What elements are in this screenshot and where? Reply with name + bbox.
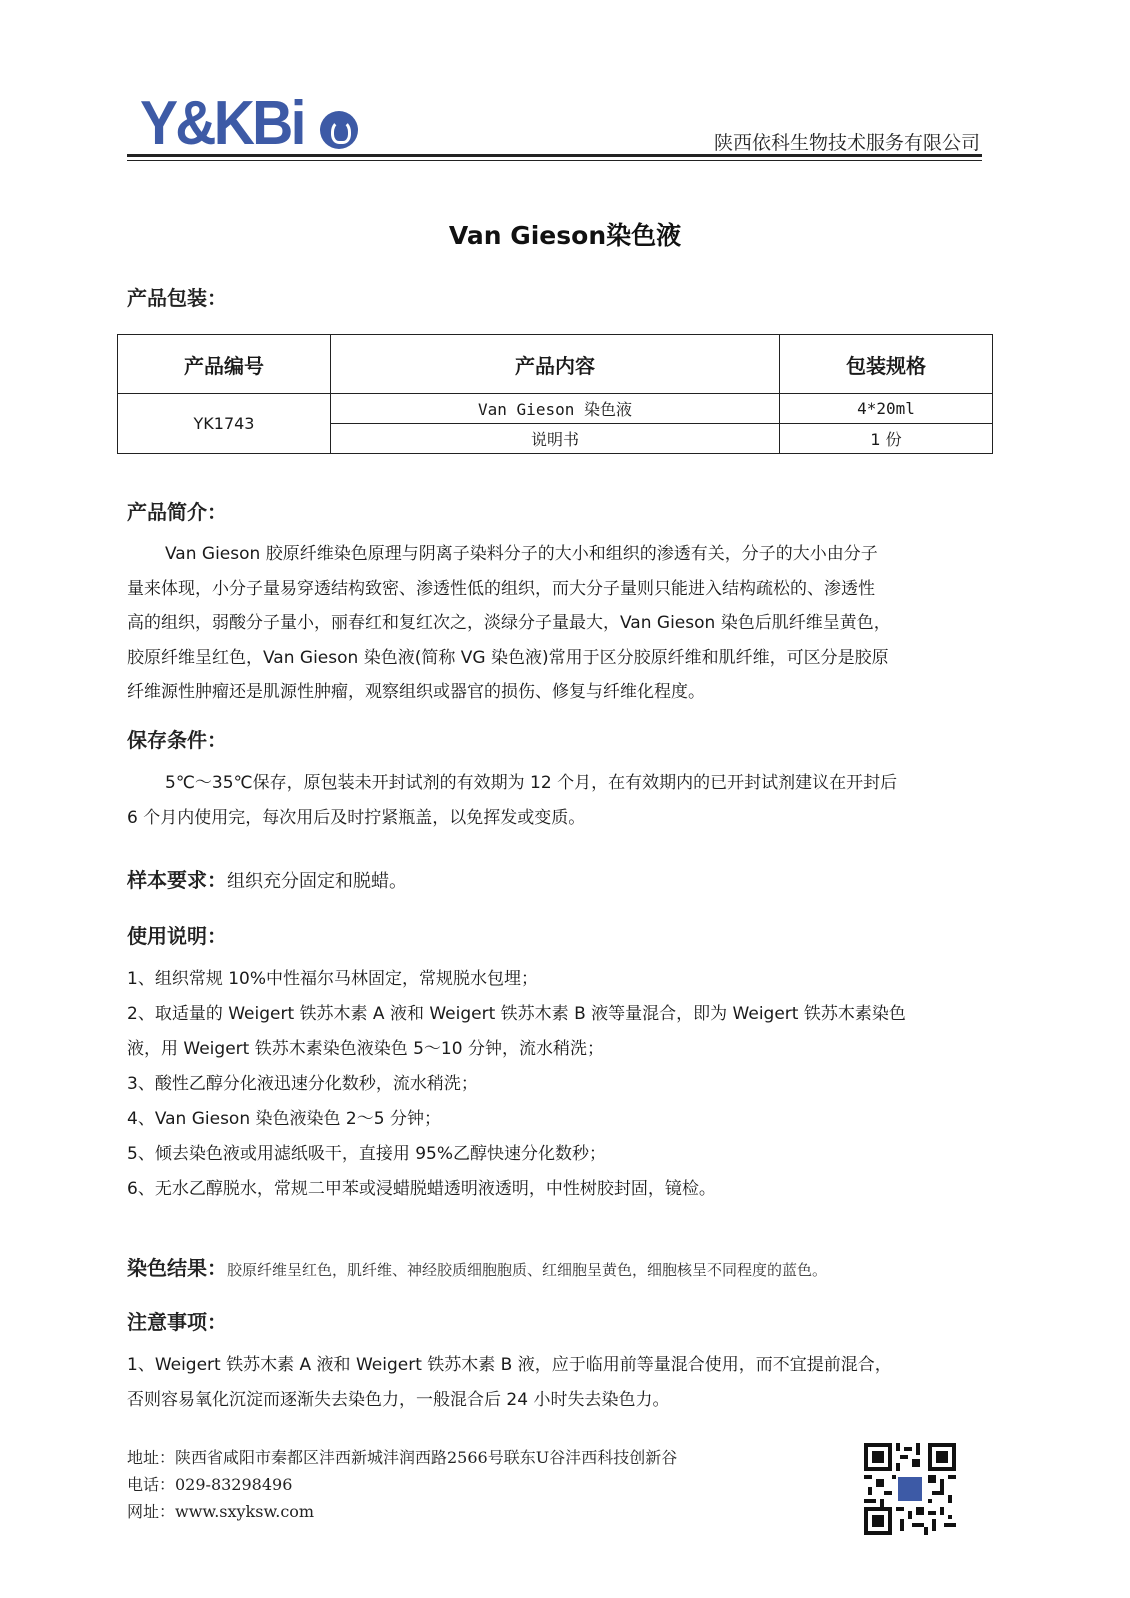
table-header-row: 产品编号 产品内容 包装规格 (118, 335, 993, 394)
intro-heading: 产品简介： (127, 496, 227, 525)
page-title: Van Gieson染色液 (0, 216, 1130, 252)
note-line: 否则容易氧化沉淀而逐渐失去染色力，一般混合后 24 小时失去染色力。 (127, 1383, 983, 1418)
result-heading: 染色结果： (127, 1256, 227, 1280)
column-header-code: 产品编号 (118, 335, 331, 394)
column-header-spec: 包装规格 (780, 335, 993, 394)
storage-heading: 保存条件： (127, 724, 227, 753)
usage-step: 液，用 Weigert 铁苏木素染色液染色 5～10 分钟，流水稍洗； (127, 1032, 983, 1067)
storage-line: 6 个月内使用完，每次用后及时拧紧瓶盖，以免挥发或变质。 (127, 801, 983, 836)
packaging-heading: 产品包装： (127, 282, 227, 311)
usage-step: 1、组织常规 10%中性福尔马林固定，常规脱水包埋； (127, 962, 983, 997)
document-page: Y&KBi 陕西依科生物技术服务有限公司 Van Gieson染色液 产品包装：… (0, 0, 1130, 1598)
content-cell: Van Gieson 染色液 (331, 394, 780, 424)
website-link[interactable]: 网址：www.sxyksw.com (127, 1498, 677, 1525)
storage-paragraph: 5℃～35℃保存，原包装未开封试剂的有效期为 12 个月，在有效期内的已开封试剂… (127, 766, 983, 835)
company-logo: Y&KBi (140, 92, 358, 156)
intro-line: 高的组织，弱酸分子量小，丽春红和复红次之，淡绿分子量最大，Van Gieson … (127, 606, 983, 641)
sample-text: 组织充分固定和脱蜡。 (227, 871, 407, 892)
address-text: 地址：陕西省咸阳市秦都区沣西新城沣润西路2566号联东U谷沣西科技创新谷 (127, 1444, 677, 1471)
spec-cell: 4*20ml (780, 394, 993, 424)
qr-code-icon (864, 1443, 956, 1535)
content-cell: 说明书 (331, 424, 780, 454)
product-code-cell: YK1743 (118, 394, 331, 454)
storage-line: 5℃～35℃保存，原包装未开封试剂的有效期为 12 个月，在有效期内的已开封试剂… (127, 766, 983, 801)
usage-step: 3、酸性乙醇分化液迅速分化数秒，流水稍洗； (127, 1067, 983, 1102)
result-text: 胶原纤维呈红色，肌纤维、神经胶质细胞胞质、红细胞呈黄色，细胞核呈不同程度的蓝色。 (227, 1261, 827, 1279)
intro-line: 量来体现，小分子量易穿透结构致密、渗透性低的组织，而大分子量则只能进入结构疏松的… (127, 572, 983, 607)
intro-line: 胶原纤维呈红色，Van Gieson 染色液(简称 VG 染色液)常用于区分胶原… (127, 641, 983, 676)
usage-step: 4、Van Gieson 染色液染色 2～5 分钟； (127, 1102, 983, 1137)
result-section: 染色结果：胶原纤维呈红色，肌纤维、神经胶质细胞胞质、红细胞呈黄色，细胞核呈不同程… (127, 1252, 827, 1281)
sample-heading: 样本要求： (127, 868, 227, 892)
usage-step: 5、倾去染色液或用滤纸吸干，直接用 95%乙醇快速分化数秒； (127, 1137, 983, 1172)
company-name: 陕西依科生物技术服务有限公司 (714, 128, 980, 155)
phone-text: 电话：029-83298496 (127, 1471, 677, 1498)
contact-footer: 地址：陕西省咸阳市秦都区沣西新城沣润西路2566号联东U谷沣西科技创新谷 电话：… (127, 1444, 677, 1525)
usage-step: 2、取适量的 Weigert 铁苏木素 A 液和 Weigert 铁苏木素 B … (127, 997, 983, 1032)
sample-section: 样本要求：组织充分固定和脱蜡。 (127, 864, 407, 893)
header-divider (127, 154, 982, 157)
usage-steps: 1、组织常规 10%中性福尔马林固定，常规脱水包埋； 2、取适量的 Weiger… (127, 962, 983, 1207)
intro-line: 纤维源性肿瘤还是肌源性肿瘤，观察组织或器官的损伤、修复与纤维化程度。 (127, 675, 983, 710)
microscope-logo-icon (320, 111, 358, 149)
notes-list: 1、Weigert 铁苏木素 A 液和 Weigert 铁苏木素 B 液，应于临… (127, 1348, 983, 1418)
intro-line: Van Gieson 胶原纤维染色原理与阴离子染料分子的大小和组织的渗透有关，分… (127, 537, 983, 572)
packaging-table: 产品编号 产品内容 包装规格 YK1743 Van Gieson 染色液 4*2… (117, 334, 993, 454)
column-header-content: 产品内容 (331, 335, 780, 394)
notes-heading: 注意事项： (127, 1306, 227, 1335)
note-line: 1、Weigert 铁苏木素 A 液和 Weigert 铁苏木素 B 液，应于临… (127, 1348, 983, 1383)
intro-paragraph: Van Gieson 胶原纤维染色原理与阴离子染料分子的大小和组织的渗透有关，分… (127, 537, 983, 710)
usage-heading: 使用说明： (127, 920, 227, 949)
table-row: YK1743 Van Gieson 染色液 4*20ml (118, 394, 993, 424)
spec-cell: 1 份 (780, 424, 993, 454)
logo-text: Y&KBi (140, 92, 304, 156)
header-divider-thin (127, 160, 982, 161)
usage-step: 6、无水乙醇脱水，常规二甲苯或浸蜡脱蜡透明液透明，中性树胶封固，镜检。 (127, 1172, 983, 1207)
